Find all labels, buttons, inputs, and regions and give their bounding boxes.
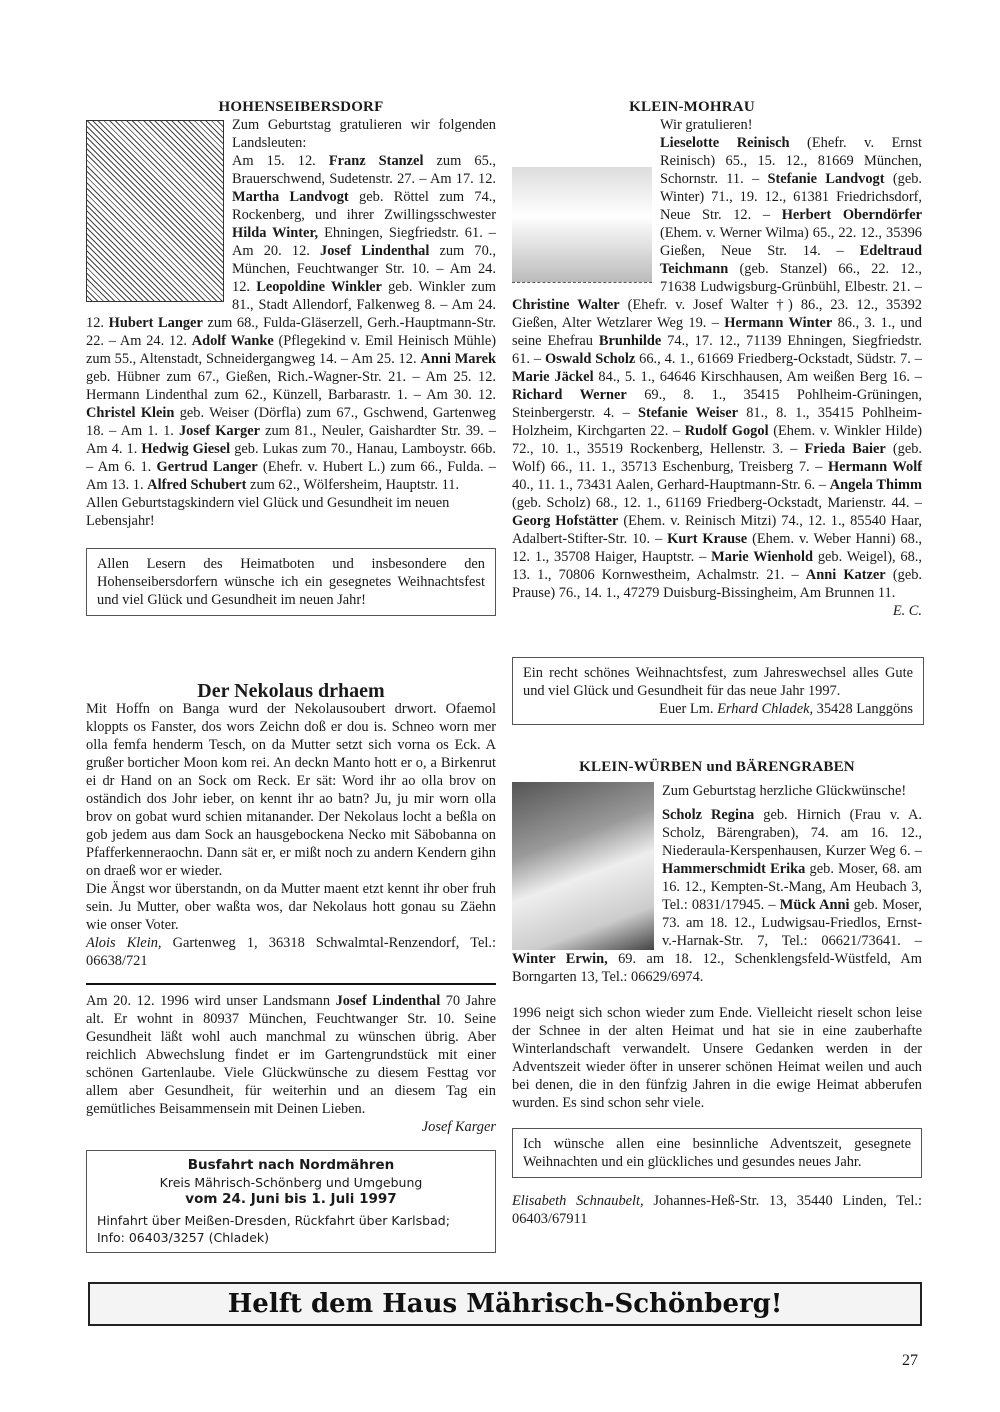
person-name: Gertrud Langer xyxy=(157,459,258,475)
article-paragraph: 1996 neigt sich schon wieder zum Ende. V… xyxy=(512,1004,922,1112)
article-title-nekolaus: Der Nekolaus drhaem xyxy=(86,682,496,700)
person-name: Adolf Wanke xyxy=(192,333,274,349)
person-name: Hilda Winter, xyxy=(232,225,318,241)
church-village-drawing-icon xyxy=(512,118,652,283)
greeting-box-hohenseibersdorf: Allen Lesern des Heimatboten und insbeso… xyxy=(86,548,496,616)
article-paragraph: Die Ängst wor überstandn, on da Mutter m… xyxy=(86,880,496,934)
kleinmohrau-section: KLEIN-MOHRAU Wir gratulieren! Lieselotte… xyxy=(512,98,922,620)
banner-helft-dem-haus: Helft dem Haus Mährisch-Schönberg! xyxy=(88,1282,922,1326)
woodcut-saint-icon xyxy=(86,120,224,302)
person-name: Franz Stanzel xyxy=(329,153,424,169)
signature: Josef Karger xyxy=(86,1118,496,1136)
article-paragraph: Mit Hoffn on Banga wurd der Nekolausoube… xyxy=(86,700,496,880)
person-name: Hubert Langer xyxy=(109,315,203,331)
signature: E. C. xyxy=(512,602,922,620)
kleinwuerben-section: KLEIN-WÜRBEN und BÄRENGRABEN Zum Geburts… xyxy=(512,758,922,1228)
person-name: Alfred Schubert xyxy=(147,477,246,493)
chapel-photo-icon xyxy=(512,782,654,950)
nekolaus-article: Der Nekolaus drhaem Mit Hoffn on Banga w… xyxy=(86,682,496,970)
lindenthal-article: Am 20. 12. 1996 wird unser Landsmann Jos… xyxy=(86,992,496,1136)
person-name: Martha Landvogt xyxy=(232,189,349,205)
author-line: Elisabeth Schnaubelt, Johannes-Heß-Str. … xyxy=(512,1192,922,1228)
section-heading-kleinmohrau: KLEIN-MOHRAU xyxy=(512,98,922,116)
article-paragraph: Am 20. 12. 1996 wird unser Landsmann Jos… xyxy=(86,992,496,1118)
person-name: Hedwig Giesel xyxy=(141,441,230,457)
greeting-box-chladek: Ein recht schönes Weihnachtsfest, zum Ja… xyxy=(512,657,924,725)
hohenseibersdorf-section: HOHENSEIBERSDORF Zum Geburtstag gratulie… xyxy=(86,98,496,616)
person-name: Josef Lindenthal xyxy=(320,243,429,259)
author-line: Alois Klein, Gartenweg 1, 36318 Schwalmt… xyxy=(86,934,496,970)
page-number: 27 xyxy=(902,1352,918,1370)
greeting-box-schnaubelt: Ich wünsche allen eine besinnliche Adven… xyxy=(512,1128,922,1178)
closing-text: Allen Geburtstagskindern viel Glück und … xyxy=(86,494,496,530)
person-name: Christel Klein xyxy=(86,405,174,421)
person-name: Josef Karger xyxy=(179,423,260,439)
section-heading-kleinwuerben: KLEIN-WÜRBEN und BÄRENGRABEN xyxy=(512,758,922,776)
busfahrt-notice: Busfahrt nach Nordmähren Kreis Mährisch-… xyxy=(86,1150,496,1253)
person-name: Leopoldine Winkler xyxy=(256,279,382,295)
person-name: Anni Marek xyxy=(420,351,496,367)
section-divider xyxy=(86,983,496,985)
section-heading-hohenseibersdorf: HOHENSEIBERSDORF xyxy=(86,98,496,116)
